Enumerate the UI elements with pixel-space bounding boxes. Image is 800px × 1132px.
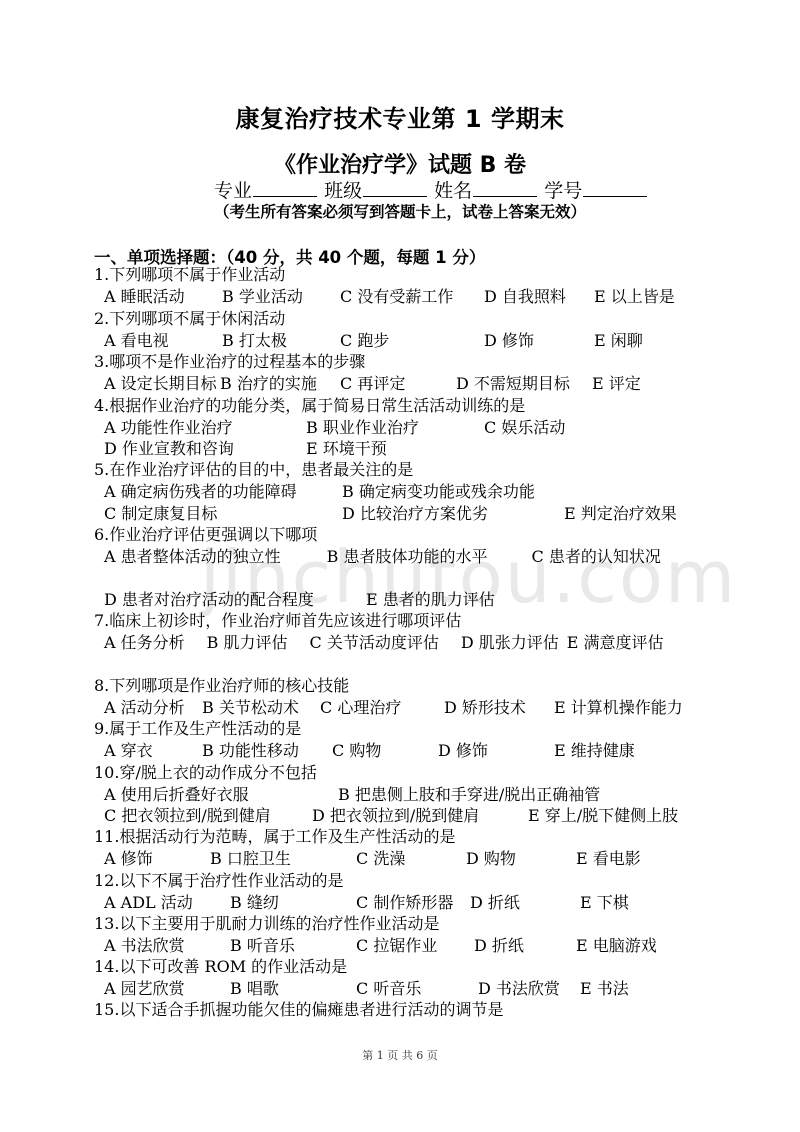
option-c: C 跑步: [340, 331, 389, 351]
question-stem: 4.根据作业治疗的功能分类，属于简易日常生活活动训练的是: [94, 396, 525, 416]
option-c: C 拉锯作业: [356, 936, 437, 956]
option-e: E 计算机操作能力: [554, 698, 683, 718]
option-e: E 评定: [592, 374, 641, 394]
exam-title: 康复治疗技术专业第 1 学期末: [0, 99, 800, 134]
option-a: A 书法欣赏: [104, 936, 185, 956]
option-c: C 关节活动度评估: [310, 633, 439, 652]
option-b: B 把患侧上肢和手穿进/脱出正确袖管: [338, 785, 600, 805]
option-d: D 矫形技术: [444, 698, 526, 718]
option-c: C 把衣领拉到/脱到健肩: [104, 806, 271, 826]
question-stem: 11.根据活动行为范畴，属于工作及生产性活动的是: [94, 827, 455, 847]
field-label-student-id: 学号: [544, 180, 582, 202]
option-a: A 功能性作业治疗: [104, 418, 233, 438]
option-e: E 闲聊: [594, 331, 643, 351]
option-e: E 书法: [580, 979, 629, 999]
option-c: C 患者的认知状况: [532, 547, 661, 566]
option-d: D 购物: [466, 849, 516, 869]
question-stem: 14.以下可改善 ROM 的作业活动是: [94, 957, 347, 977]
option-a: A 使用后折叠好衣服: [104, 785, 249, 805]
field-label-major: 专业: [214, 180, 252, 202]
option-b: B 职业作业治疗: [306, 418, 419, 438]
option-b: B 功能性移动: [202, 741, 299, 761]
question-stem: 3.哪项不是作业治疗的过程基本的步骤: [94, 352, 365, 372]
option-a: A 穿衣: [104, 741, 153, 761]
option-a: A 确定病伤残者的功能障碍: [104, 482, 297, 502]
option-d: D 修饰: [484, 331, 534, 351]
option-c: C 听音乐: [356, 979, 421, 999]
option-e: E 满意度评估: [567, 633, 664, 652]
option-d: D 自我照料: [484, 287, 566, 307]
option-a: A 园艺欣赏: [104, 979, 185, 999]
question-stem: 6.作业治疗评估更强调以下哪项: [94, 525, 317, 545]
option-d: D 作业宣教和咨询: [104, 439, 234, 459]
option-a: A 睡眠活动: [104, 287, 185, 307]
option-a: A 活动分析: [104, 698, 185, 718]
option-a: A ADL 活动: [104, 893, 193, 913]
option-a: A 修饰: [104, 849, 153, 869]
exam-subtitle: 《作业治疗学》试题 B 卷: [0, 148, 800, 179]
question-stem: 12.以下不属于治疗性作业活动的是: [94, 871, 343, 891]
student-info-fields: 专业 班级 姓名 学号: [214, 176, 648, 203]
option-d: D 书法欣赏: [478, 979, 560, 999]
option-b: B 学业活动: [222, 287, 303, 307]
option-e: E 穿上/脱下健侧上肢: [528, 806, 678, 826]
student-id-blank: [583, 178, 647, 197]
option-e: E 维持健康: [554, 741, 635, 761]
question-stem: 8.下列哪项是作业治疗师的核心技能: [94, 676, 349, 696]
option-b: B 打太极: [222, 331, 287, 351]
option-d: D 肌张力评估: [461, 633, 559, 652]
question-stem: 2.下列哪项不属于休闲活动: [94, 309, 285, 329]
option-e: E 电脑游戏: [576, 936, 657, 956]
option-c: C 制作矫形器: [356, 893, 453, 913]
question-stem: 1.下列哪项不属于作业活动: [94, 265, 285, 285]
option-c: C 没有受薪工作: [340, 287, 453, 307]
option-b: B 患者肢体功能的水平: [327, 547, 488, 566]
exam-page: jinchutou.com 康复治疗技术专业第 1 学期末 《作业治疗学》试题 …: [0, 0, 800, 1132]
option-a: A 设定长期目标: [104, 374, 217, 394]
option-d: D 患者对治疗活动的配合程度: [104, 590, 314, 610]
option-a: A 任务分析: [94, 633, 185, 652]
option-b: B 关节松动术: [202, 698, 299, 718]
option-c: C 心理治疗: [320, 698, 401, 718]
option-c: C 制定康复目标: [104, 504, 217, 524]
option-d: D 折纸: [474, 936, 524, 956]
question-stem: 13.以下主要用于肌耐力训练的治疗性作业活动是: [94, 914, 439, 934]
field-label-name: 姓名: [434, 180, 472, 202]
option-c: C 购物: [332, 741, 381, 761]
answer-notice: （考生所有答案必须写到答题卡上，试卷上答案无效）: [0, 200, 800, 222]
option-b: B 唱歌: [230, 979, 279, 999]
page-footer: 第 1 页 共 6 页: [0, 1047, 800, 1063]
option-a: A 患者整体活动的独立性: [94, 547, 281, 566]
option-b: B 口腔卫生: [210, 849, 291, 869]
option-d: D 把衣领拉到/脱到健肩: [312, 806, 479, 826]
question-options: A 任务分析B 肌力评估C 关节活动度评估D 肌张力评估E 满意度评估: [94, 633, 710, 653]
option-e: E 环境干预: [306, 439, 387, 459]
option-b: B 听音乐: [230, 936, 295, 956]
option-e: E 以上皆是: [594, 287, 675, 307]
field-label-class: 班级: [324, 180, 362, 202]
question-stem: 5.在作业治疗评估的目的中，患者最关注的是: [94, 460, 413, 480]
option-e: E 患者的肌力评估: [366, 590, 495, 610]
option-b: B 确定病变功能或残余功能: [342, 482, 535, 502]
option-a: A 看电视: [104, 331, 169, 351]
option-e: E 下棋: [580, 893, 629, 913]
question-stem: 15.以下适合手抓握功能欠佳的偏瘫患者进行活动的调节是: [94, 1000, 503, 1020]
option-d: D 不需短期目标: [456, 374, 570, 394]
question-stem: 9.属于工作及生产性活动的是: [94, 719, 301, 739]
option-e: E 看电影: [576, 849, 641, 869]
option-b: B 肌力评估: [207, 633, 288, 652]
option-d: D 折纸: [470, 893, 520, 913]
option-c: C 娱乐活动: [484, 418, 565, 438]
question-stem: 10.穿/脱上衣的动作成分不包括: [94, 763, 317, 783]
option-d: D 修饰: [438, 741, 488, 761]
class-blank: [363, 178, 427, 197]
major-blank: [253, 178, 317, 197]
option-b: B 缝纫: [230, 893, 279, 913]
option-d: D 比较治疗方案优劣: [342, 504, 488, 524]
option-c: C 洗澡: [356, 849, 405, 869]
question-options: A 患者整体活动的独立性B 患者肢体功能的水平C 患者的认知状况: [94, 547, 704, 567]
name-blank: [473, 178, 537, 197]
question-stem: 7.临床上初诊时，作业治疗师首先应该进行哪项评估: [94, 611, 461, 631]
option-c: C 再评定: [340, 374, 405, 394]
option-b: B 治疗的实施: [220, 374, 317, 394]
option-e: E 判定治疗效果: [564, 504, 677, 524]
